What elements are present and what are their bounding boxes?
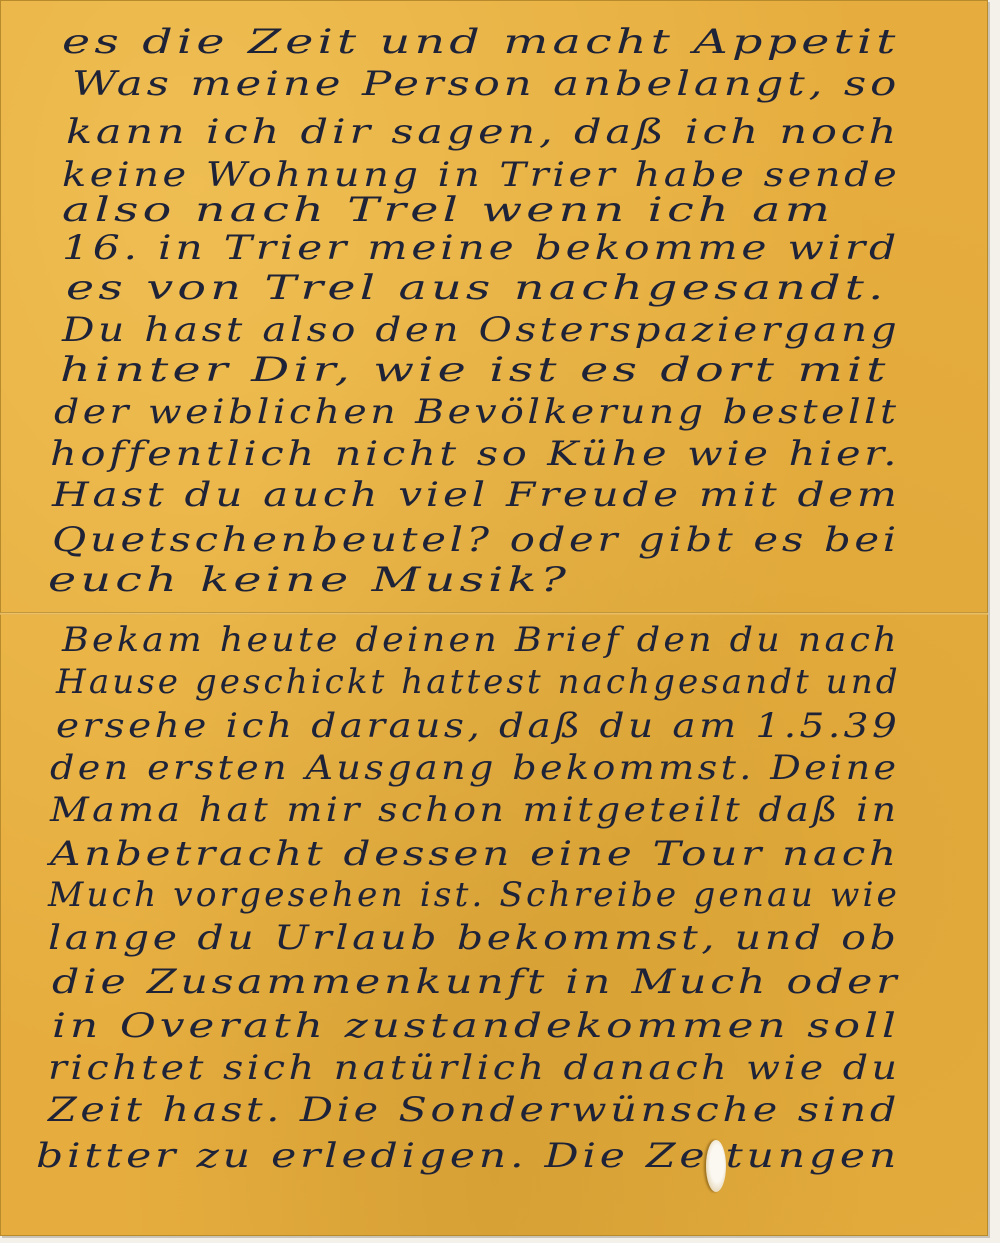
letter-line: Much vorgesehen ist. Schreibe genau wie <box>48 875 900 915</box>
letter-line: lange du Urlaub bekommst, und ob <box>48 918 900 958</box>
letter-line: Hause geschickt hattest nachgesandt und <box>56 662 901 702</box>
letter-line: Zeit hast. Die Sonderwünsche sind <box>48 1090 900 1130</box>
letter-line: kann ich dir sagen, daß ich noch <box>66 112 900 152</box>
letter-line: Du hast also den Osterspaziergang <box>62 310 900 350</box>
paper-hole <box>706 1140 726 1192</box>
letter-line: Quetschenbeutel? oder gibt es bei <box>52 520 900 560</box>
letter-line: Was meine Person anbelangt, so <box>72 64 900 104</box>
letter-line: ersehe ich daraus, daß du am 1.5.39 <box>56 706 900 746</box>
letter-line: der weiblichen Bevölkerung bestellt <box>54 392 899 432</box>
letter-line: euch keine Musik? <box>48 560 570 600</box>
letter-line: hinter Dir, wie ist es dort mit <box>60 350 890 390</box>
letter-line: Bekam heute deinen Brief den du nach <box>62 620 900 660</box>
letter-line: hoffentlich nicht so Kühe wie hier. <box>50 434 900 474</box>
letter-line: Hast du auch viel Freude mit dem <box>52 475 901 515</box>
letter-line: Mama hat mir schon mitgeteilt daß in <box>50 790 899 830</box>
letter-page: es die Zeit und macht Appetit Was meine … <box>0 0 988 1236</box>
letter-line: 16. in Trier meine bekomme wird <box>62 228 900 268</box>
letter-line: also nach Trel wenn ich am <box>62 190 834 230</box>
letter-line: den ersten Ausgang bekommst. Deine <box>50 748 899 788</box>
letter-line: richtet sich natürlich danach wie du <box>48 1048 901 1088</box>
letter-line: in Overath zustandekommen soll <box>52 1006 900 1046</box>
letter-line: keine Wohnung in Trier habe sende <box>62 155 900 195</box>
paper-fold-crease <box>0 612 988 615</box>
letter-line: bitter zu erledigen. Die Zeitungen <box>36 1136 900 1176</box>
letter-line: es von Trel aus nachgesandt. <box>66 268 887 308</box>
letter-line: die Zusammenkunft in Much oder <box>52 962 900 1002</box>
letter-line: es die Zeit und macht Appetit <box>62 22 900 62</box>
letter-line: Anbetracht dessen eine Tour nach <box>50 834 900 874</box>
